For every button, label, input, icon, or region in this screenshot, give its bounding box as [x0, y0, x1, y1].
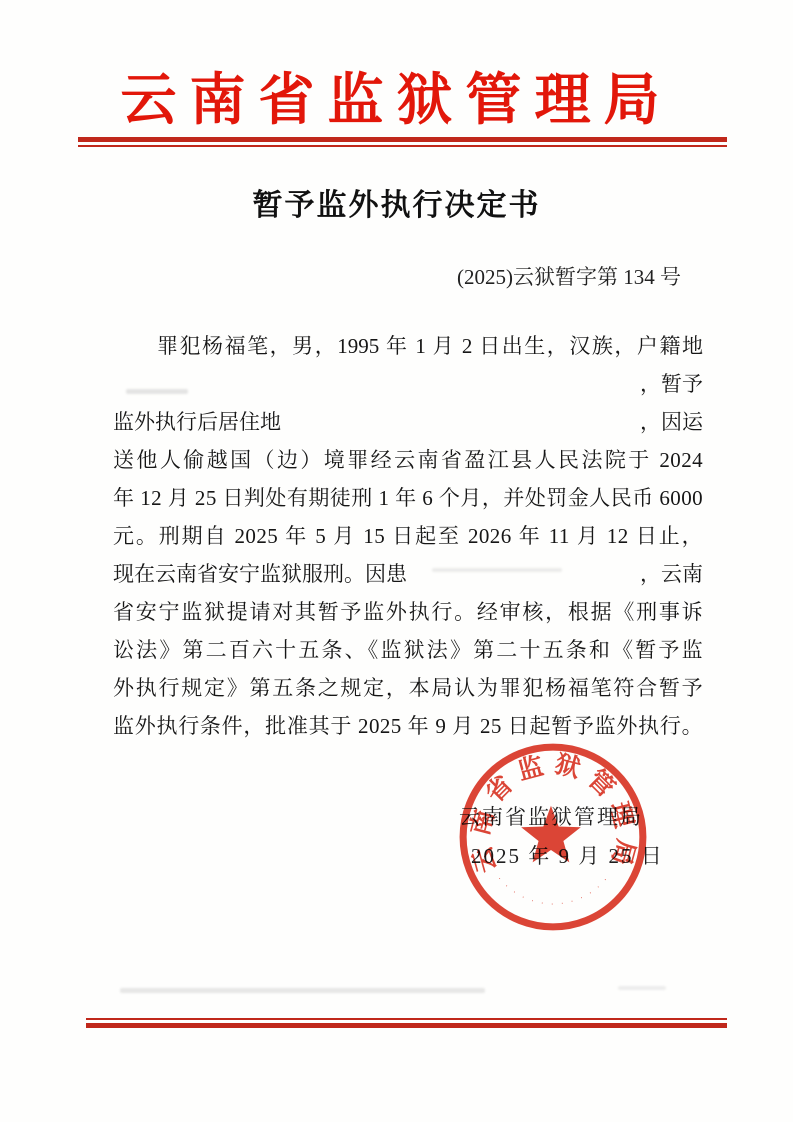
body-line: 送他人偷越国（边）境罪经云南省盈江县人民法院于 2024 — [113, 441, 703, 479]
scan-artifact — [618, 986, 666, 990]
header-double-rule — [78, 137, 727, 147]
scan-artifact — [126, 389, 188, 394]
body-line-with-redaction: 现在云南省安宁监狱服刑。因患，云南 — [113, 555, 703, 593]
body-line-text: 现在云南省安宁监狱服刑。因患 — [113, 555, 407, 593]
body-line-text: 外执行规定》第五条之规定，本局认为罪犯杨福笔符合暂予 — [113, 676, 703, 700]
header-rule-thick — [78, 137, 727, 142]
seal-star-icon — [521, 806, 581, 863]
scan-artifact — [120, 988, 485, 993]
scanned-official-document: 云南省监狱管理局 暂予监外执行决定书 (2025)云狱暂字第 134 号 罪犯杨… — [0, 0, 793, 1122]
body-line: 外执行规定》第五条之规定，本局认为罪犯杨福笔符合暂予 — [113, 669, 703, 707]
document-number: (2025)云狱暂字第 134 号 — [0, 261, 681, 291]
document-title: 暂予监外执行决定书 — [0, 180, 793, 224]
header-rule-thin — [78, 145, 727, 147]
body-line-text: ，因运 — [640, 403, 703, 441]
body-line-text: ，暂予 — [640, 372, 703, 396]
footer-rule-thin — [86, 1018, 727, 1020]
body-line: 省安宁监狱提请对其暂予监外执行。经审核，根据《刑事诉 — [113, 593, 703, 631]
scan-artifact — [432, 568, 562, 572]
footer-rule-thick — [86, 1023, 727, 1028]
body-line: 年 12 月 25 日判处有期徒刑 1 年 6 个月，并处罚金人民币 6000 — [113, 479, 703, 517]
svg-text:· · · · · · · · · · · · ·: · · · · · · · · · · · · · — [495, 875, 610, 908]
body-line-text: 年 12 月 25 日判处有期徒刑 1 年 6 个月，并处罚金人民币 6000 — [113, 486, 703, 510]
body-line-with-redaction: ，暂予 — [113, 365, 703, 403]
official-seal: 云南省监狱管理局 · · · · · · · · · · · · · — [452, 736, 654, 938]
body-line: 讼法》第二百六十五条、《监狱法》第二十五条和《暂予监 — [113, 631, 703, 669]
body-line-text: 讼法》第二百六十五条、《监狱法》第二十五条和《暂予监 — [113, 638, 703, 662]
body-line-text: 罪犯杨福笔，男，1995 年 1 月 2 日出生，汉族，户籍地 — [113, 334, 703, 358]
body-line: 罪犯杨福笔，男，1995 年 1 月 2 日出生，汉族，户籍地 — [113, 327, 703, 365]
body-line-text: 监外执行条件，批准其于 2025 年 9 月 25 日起暂予监外执行。 — [113, 714, 703, 738]
body-line: 元。刑期自 2025 年 5 月 15 日起至 2026 年 11 月 12 日… — [113, 517, 703, 555]
footer-double-rule — [86, 1018, 727, 1028]
body-line-with-redaction: 监外执行后居住地，因运 — [113, 403, 703, 441]
body-line-text: 监外执行后居住地 — [113, 403, 281, 441]
body-line-text: 元。刑期自 2025 年 5 月 15 日起至 2026 年 11 月 12 日… — [113, 524, 703, 548]
seal-code: · · · · · · · · · · · · · — [495, 875, 610, 908]
body-paragraph: 罪犯杨福笔，男，1995 年 1 月 2 日出生，汉族，户籍地 ，暂予 监外执行… — [113, 327, 703, 745]
body-line-text: ，云南 — [640, 555, 703, 593]
body-line-text: 省安宁监狱提请对其暂予监外执行。经审核，根据《刑事诉 — [113, 600, 703, 624]
letterhead-title: 云南省监狱管理局 — [0, 56, 793, 136]
body-line-text: 送他人偷越国（边）境罪经云南省盈江县人民法院于 2024 — [113, 448, 703, 472]
